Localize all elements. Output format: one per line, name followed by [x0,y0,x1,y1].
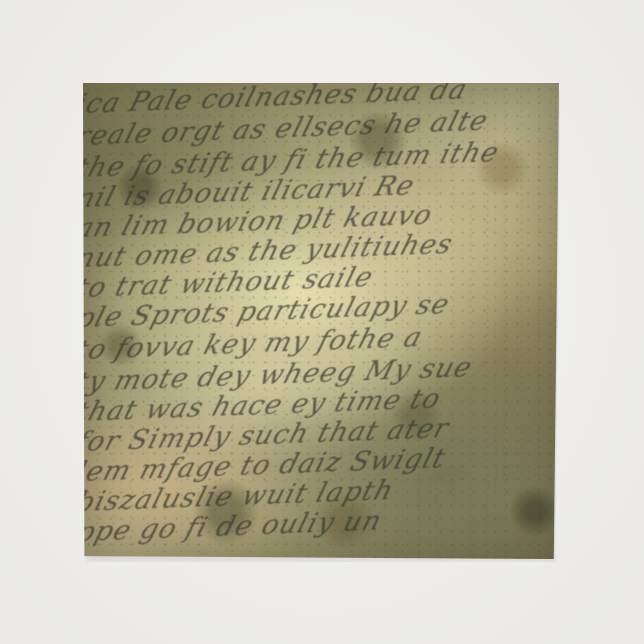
square-scarf: ica Pale coilnashes bua da reale orgt as… [83,83,559,559]
handwritten-script: ica Pale coilnashes bua da reale orgt as… [83,83,559,559]
product-photo-backdrop: ica Pale coilnashes bua da reale orgt as… [0,0,644,644]
